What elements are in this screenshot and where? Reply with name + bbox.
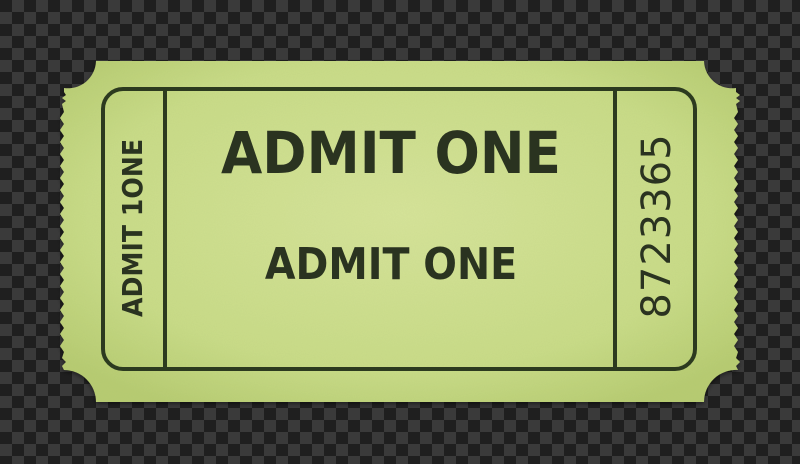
ticket-canvas: ADMIT ONE ADMIT ONE ADMIT 1ONE 8723365 [0,0,800,464]
serial-number: 8723365 [637,133,677,318]
left-stub-text: ADMIT 1ONE [119,139,147,317]
headline-admit-one: ADMIT ONE [184,124,598,182]
subline-admit-one: ADMIT ONE [189,243,594,287]
